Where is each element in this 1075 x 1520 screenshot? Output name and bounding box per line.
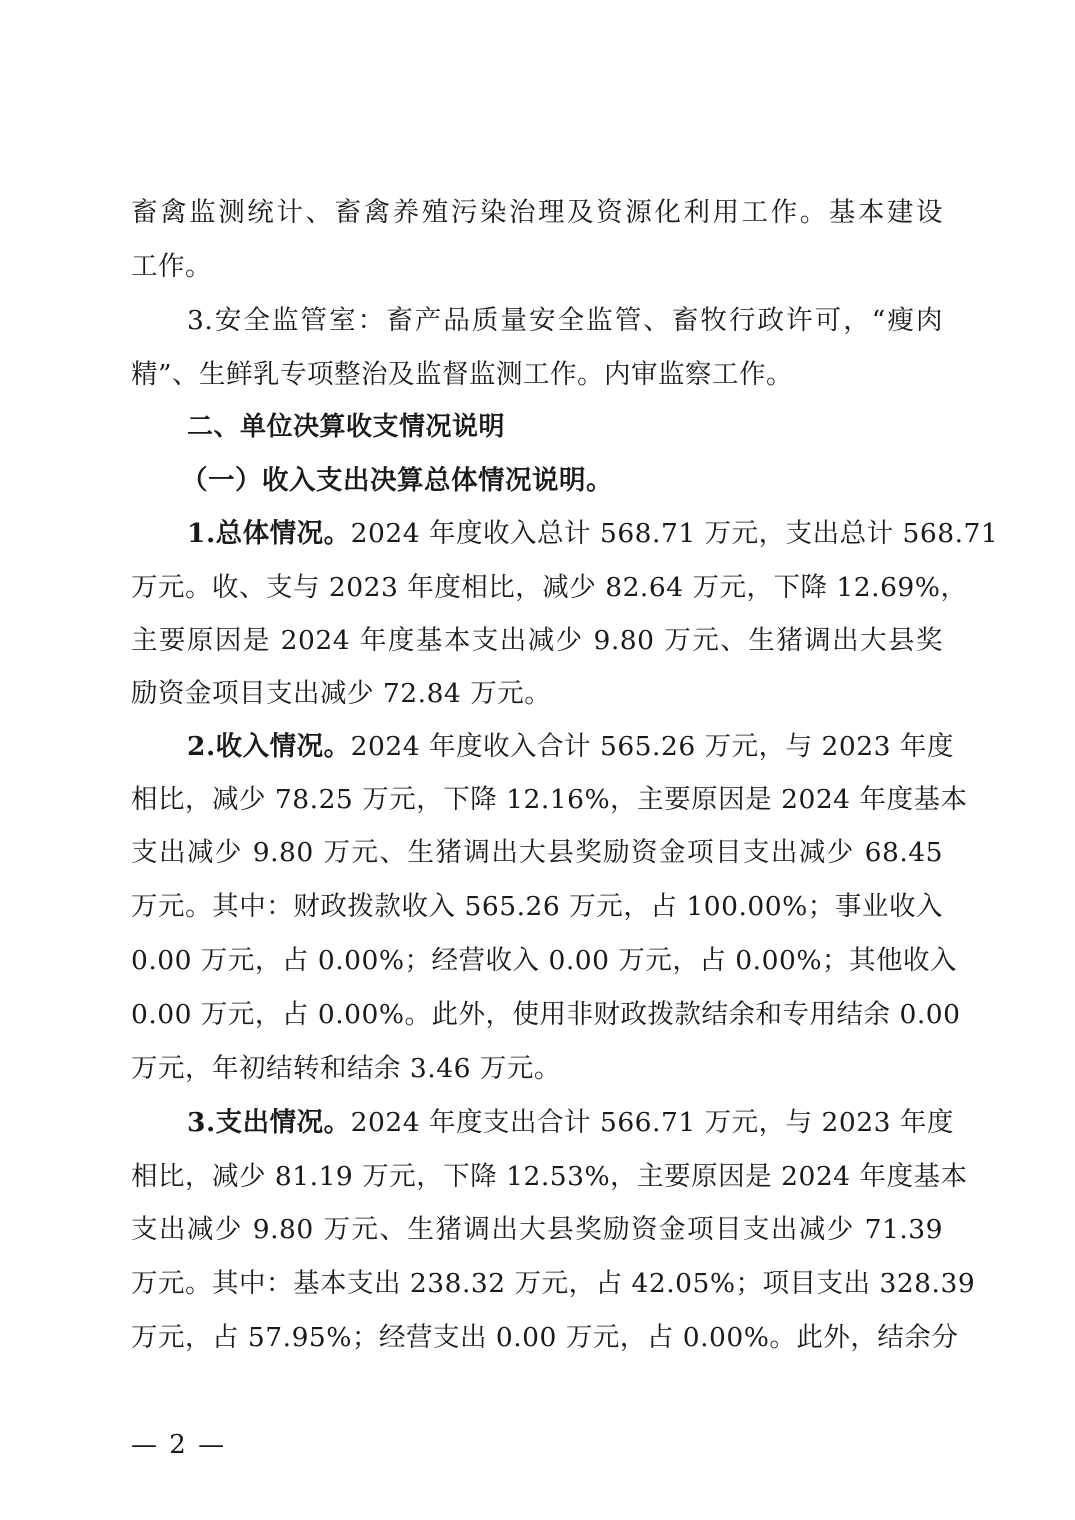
paragraph-expense-line: 相比，减少 81.19 万元，下降 12.53%，主要原因是 2024 年度基本 — [131, 1157, 943, 1197]
paragraph-income-line: 支出减少 9.80 万元、生猪调出大县奖励资金项目支出减少 68.45 — [131, 833, 943, 873]
paragraph-overall-line: 励资金项目支出减少 72.84 万元。 — [131, 674, 943, 714]
paragraph-lead: 3.支出情况。 — [187, 1107, 351, 1138]
paragraph-income-line: 万元。其中：财政拨款收入 565.26 万元，占 100.00%；事业收入 — [131, 887, 943, 927]
section-heading: 二、单位决算收支情况说明 — [131, 407, 943, 447]
paragraph-expense-line: 万元，占 57.95%；经营支出 0.00 万元，占 0.00%。此外，结余分 — [131, 1318, 943, 1358]
paragraph-expense-line: 3.支出情况。2024 年度支出合计 566.71 万元，与 2023 年度 — [131, 1103, 943, 1143]
paragraph-income-line: 0.00 万元，占 0.00%。此外，使用非财政拨款结余和专用结余 0.00 — [131, 995, 943, 1035]
body-line: 3.安全监管室：畜产品质量安全监管、畜牧行政许可，“瘦肉 — [131, 301, 943, 341]
paragraph-overall-line: 1.总体情况。2024 年度收入总计 568.71 万元，支出总计 568.71 — [131, 514, 943, 554]
body-line: 工作。 — [131, 247, 943, 287]
subsection-heading: （一）收入支出决算总体情况说明。 — [131, 461, 993, 501]
paragraph-lead: 1.总体情况。 — [187, 518, 351, 549]
paragraph-expense-line: 万元。其中：基本支出 238.32 万元，占 42.05%；项目支出 328.3… — [131, 1264, 943, 1304]
paragraph-income-line: 2.收入情况。2024 年度收入合计 565.26 万元，与 2023 年度 — [131, 727, 943, 767]
paragraph-overall-line: 万元。收、支与 2023 年度相比，减少 82.64 万元，下降 12.69%， — [131, 568, 943, 608]
paragraph-overall-line: 主要原因是 2024 年度基本支出减少 9.80 万元、生猪调出大县奖 — [131, 621, 943, 661]
paragraph-income-line: 0.00 万元，占 0.00%；经营收入 0.00 万元，占 0.00%；其他收… — [131, 941, 943, 981]
paragraph-expense-line: 支出减少 9.80 万元、生猪调出大县奖励资金项目支出减少 71.39 — [131, 1210, 943, 1250]
body-line: 精”、生鲜乳专项整治及监督监测工作。内审监察工作。 — [131, 355, 943, 395]
paragraph-lead: 2.收入情况。 — [187, 731, 351, 762]
paragraph-income-line: 相比，减少 78.25 万元，下降 12.16%，主要原因是 2024 年度基本 — [131, 780, 943, 820]
paragraph-income-line: 万元，年初结转和结余 3.46 万元。 — [131, 1049, 943, 1089]
page-number: — 2 — — [131, 1425, 226, 1465]
body-line: 畜禽监测统计、畜禽养殖污染治理及资源化利用工作。基本建设 — [131, 193, 943, 233]
